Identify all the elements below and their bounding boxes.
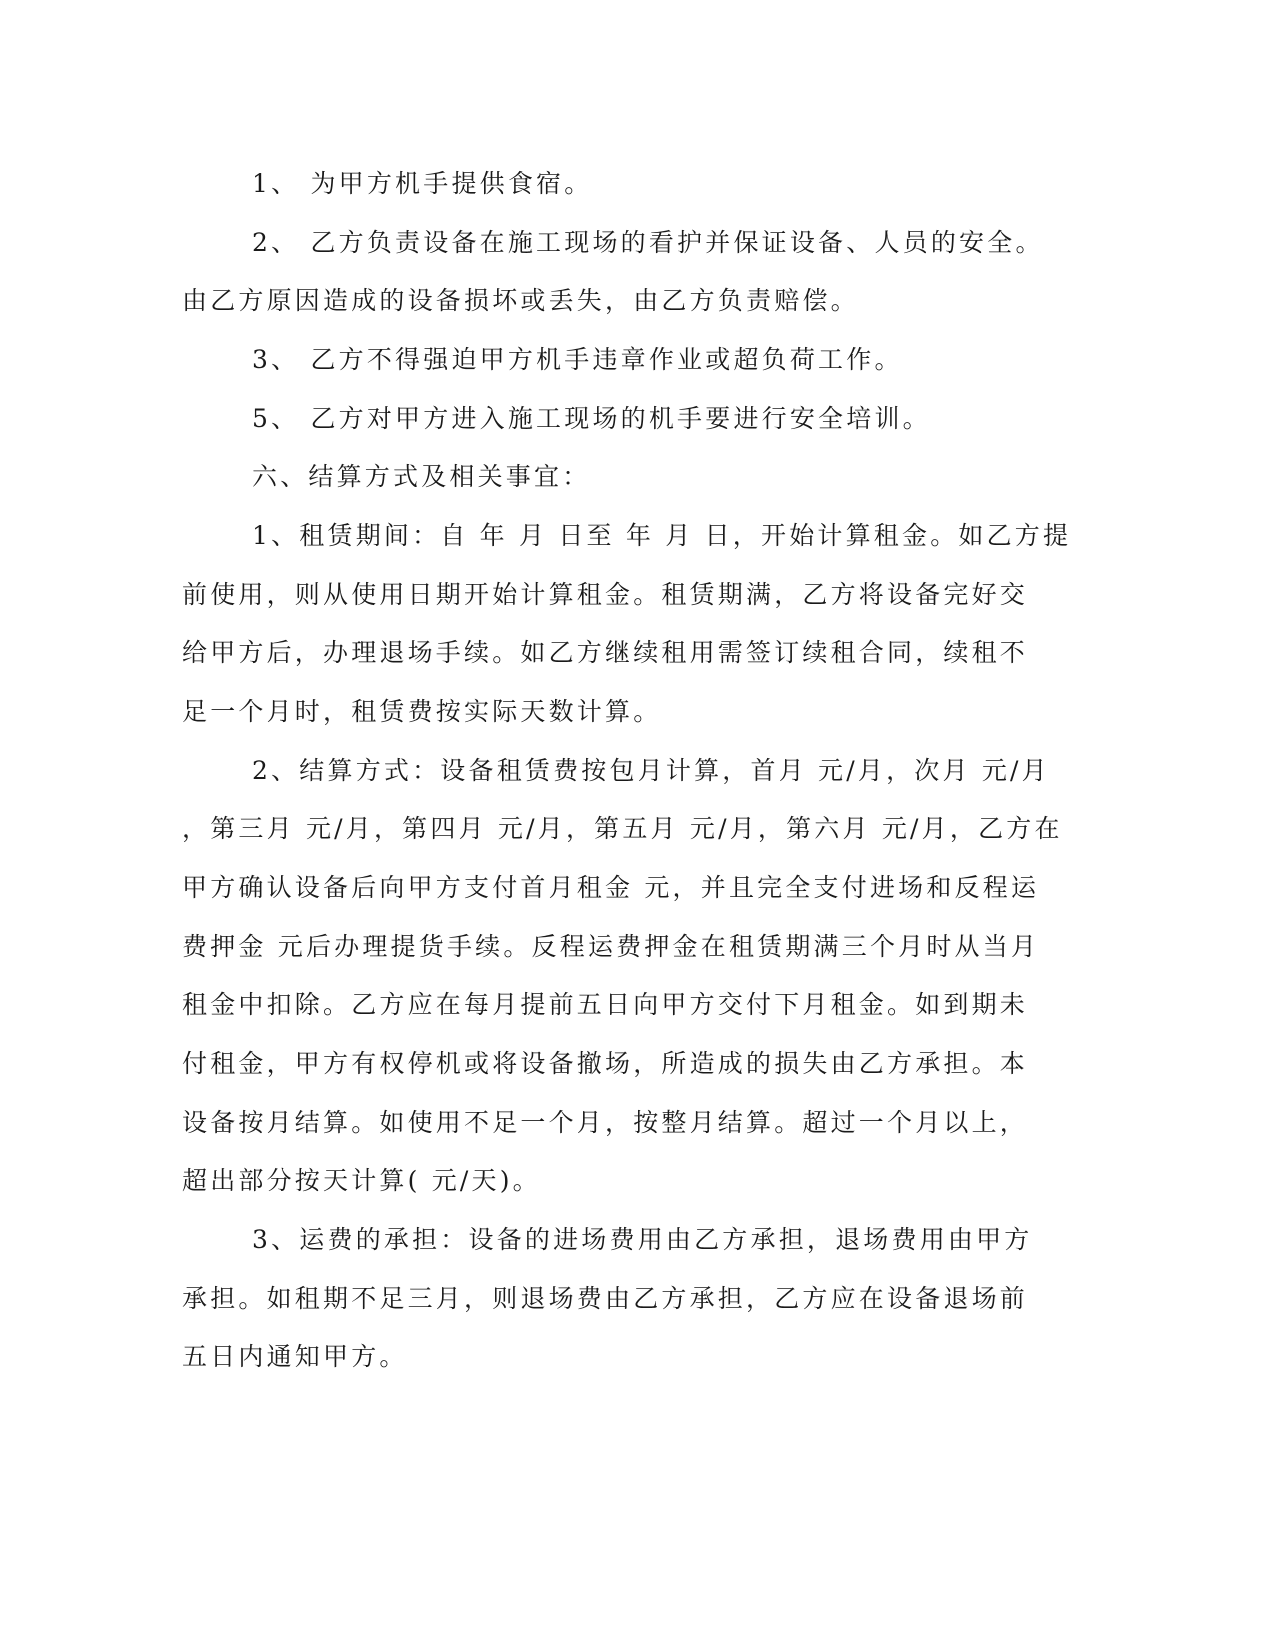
clause-2-line-1: 2、 乙方负责设备在施工现场的看护并保证设备、人员的安全。 — [252, 227, 1044, 259]
clause-1-line-1: 1、 为甲方机手提供食宿。 — [252, 168, 592, 200]
section-6-item-2-line-2: ，第三月 元/月，第四月 元/月，第五月 元/月，第六月 元/月，乙方在 — [182, 813, 1063, 845]
section-6-item-3-line-3: 五日内通知甲方。 — [182, 1341, 408, 1373]
section-6-item-2-line-3: 甲方确认设备后向甲方支付首月租金 元，并且完全支付进场和反程运 — [182, 872, 1039, 904]
section-6-item-2-line-8: 超出部分按天计算( 元/天)。 — [182, 1165, 541, 1197]
clause-5-line-1: 5、 乙方对甲方进入施工现场的机手要进行安全培训。 — [252, 403, 931, 435]
section-6-heading: 六、结算方式及相关事宜： — [252, 461, 590, 493]
section-6-item-2-line-4: 费押金 元后办理提货手续。反程运费押金在租赁期满三个月时从当月 — [182, 931, 1039, 963]
section-6-item-1-line-2: 前使用，则从使用日期开始计算租金。租赁期满，乙方将设备完好交 — [182, 579, 1028, 611]
section-6-item-1-line-3: 给甲方后，办理退场手续。如乙方继续租用需签订续租合同，续租不 — [182, 637, 1028, 669]
clause-2-line-2: 由乙方原因造成的设备损坏或丢失，由乙方负责赔偿。 — [182, 285, 859, 317]
section-6-item-1-line-1: 1、租赁期间：自 年 月 日至 年 月 日，开始计算租金。如乙方提 — [252, 520, 1071, 552]
section-6-item-1-line-4: 足一个月时，租赁费按实际天数计算。 — [182, 696, 661, 728]
section-6-item-2-line-7: 设备按月结算。如使用不足一个月，按整月结算。超过一个月以上， — [182, 1107, 1028, 1139]
clause-3-line-1: 3、 乙方不得强迫甲方机手违章作业或超负荷工作。 — [252, 344, 903, 376]
section-6-item-2-line-5: 租金中扣除。乙方应在每月提前五日向甲方交付下月租金。如到期未 — [182, 989, 1028, 1021]
section-6-item-2-line-1: 2、结算方式：设备租赁费按包月计算，首月 元/月，次月 元/月 — [252, 755, 1050, 787]
section-6-item-2-line-6: 付租金，甲方有权停机或将设备撤场，所造成的损失由乙方承担。本 — [182, 1048, 1028, 1080]
document-page: 1、 为甲方机手提供食宿。 2、 乙方负责设备在施工现场的看护并保证设备、人员的… — [0, 0, 1275, 1650]
section-6-item-3-line-1: 3、运费的承担：设备的进场费用由乙方承担，退场费用由甲方 — [252, 1224, 1033, 1256]
section-6-item-3-line-2: 承担。如租期不足三月，则退场费由乙方承担，乙方应在设备退场前 — [182, 1283, 1028, 1315]
